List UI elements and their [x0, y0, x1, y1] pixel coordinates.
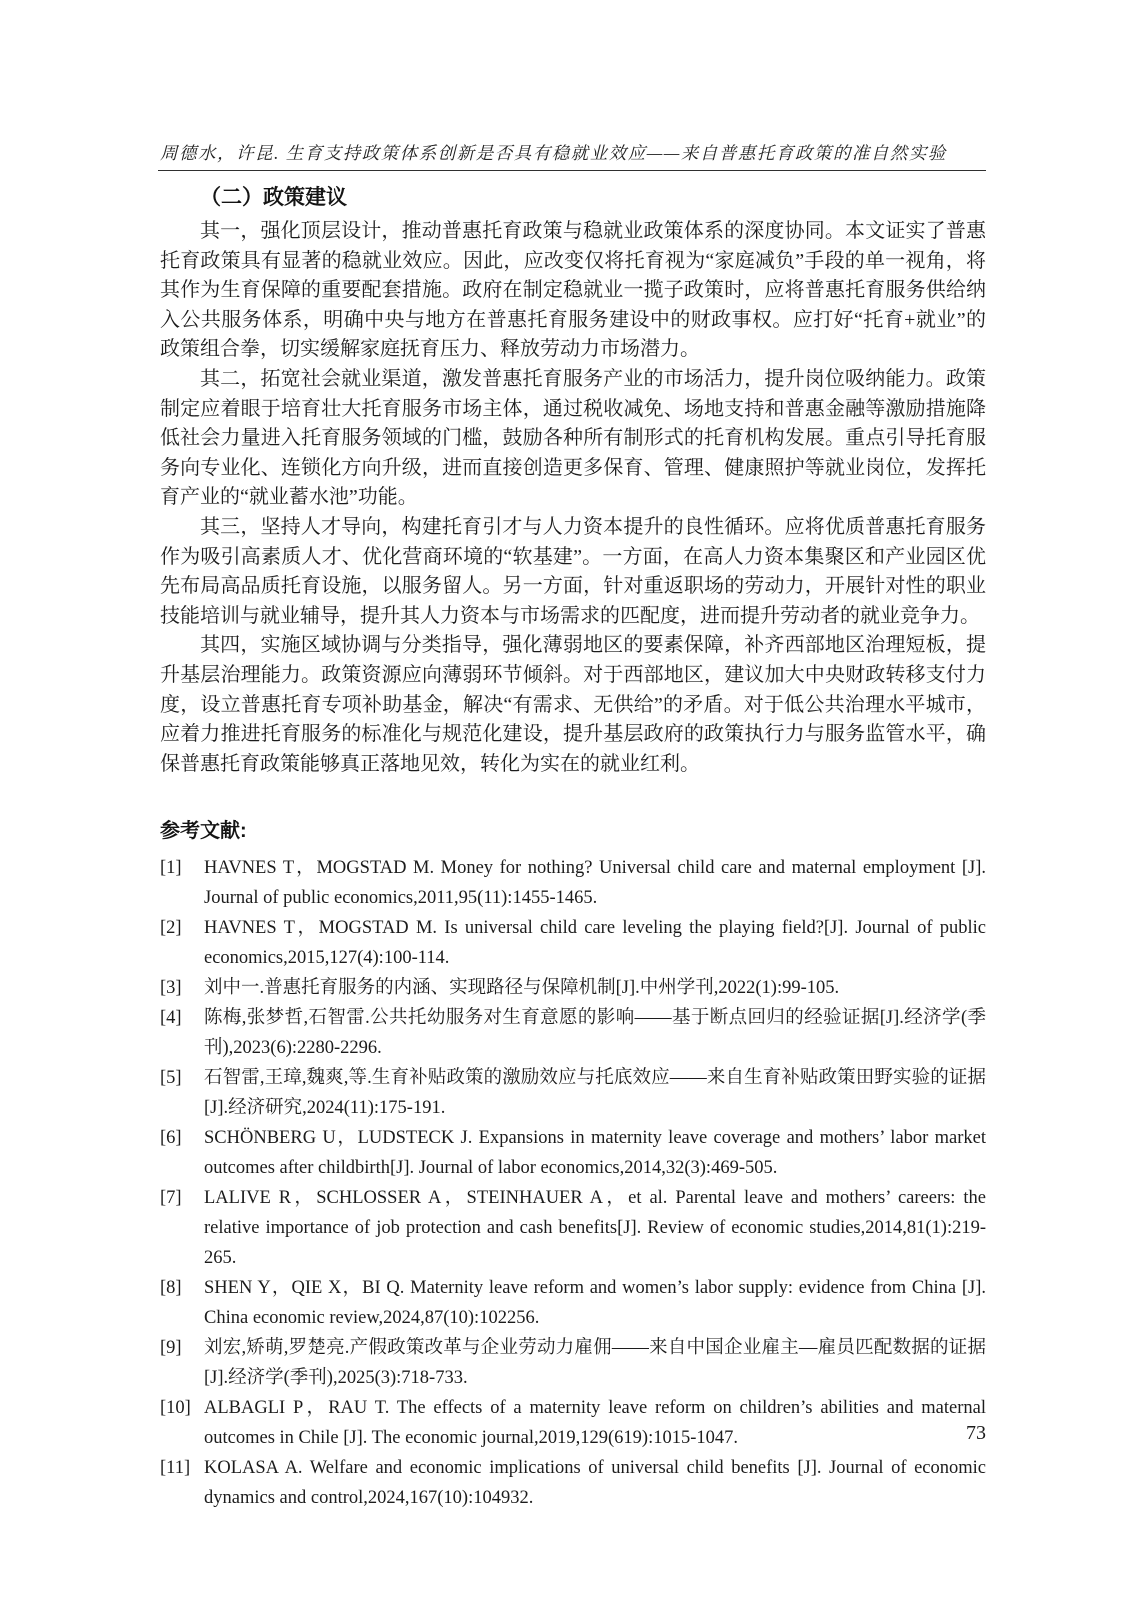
- paragraph: 其二，拓宽社会就业渠道，激发普惠托育服务产业的市场活力，提升岗位吸纳能力。政策制…: [160, 365, 986, 513]
- reference-text: 刘中一.普惠托育服务的内涵、实现路径与保障机制[J].中州学刊,2022(1):…: [204, 973, 986, 1003]
- reference-item: [4] 陈梅,张梦哲,石智雷.公共托幼服务对生育意愿的影响——基于断点回归的经验…: [160, 1003, 986, 1063]
- reference-text: 石智雷,王璋,魏爽,等.生育补贴政策的激励效应与托底效应——来自生育补贴政策田野…: [204, 1063, 986, 1123]
- reference-number: [9]: [160, 1333, 204, 1363]
- reference-text: 刘宏,矫萌,罗楚亮.产假政策改革与企业劳动力雇佣——来自中国企业雇主—雇员匹配数…: [204, 1333, 986, 1393]
- reference-item: [2] HAVNES T，MOGSTAD M. Is universal chi…: [160, 913, 986, 973]
- section-heading: （二）政策建议: [160, 184, 986, 212]
- reference-item: [6] SCHÖNBERG U，LUDSTECK J. Expansions i…: [160, 1123, 986, 1183]
- header-rule: [158, 170, 986, 171]
- reference-text: HAVNES T，MOGSTAD M. Money for nothing? U…: [204, 853, 986, 913]
- reference-number: [4]: [160, 1003, 204, 1033]
- reference-number: [1]: [160, 853, 204, 883]
- reference-item: [5] 石智雷,王璋,魏爽,等.生育补贴政策的激励效应与托底效应——来自生育补贴…: [160, 1063, 986, 1123]
- reference-text: SHEN Y，QIE X，BI Q. Maternity leave refor…: [204, 1273, 986, 1333]
- reference-number: [2]: [160, 913, 204, 943]
- reference-number: [3]: [160, 973, 204, 1003]
- reference-number: [11]: [160, 1453, 204, 1483]
- paper-page: 周德水，许昆. 生育支持政策体系创新是否具有稳就业效应——来自普惠托育政策的准自…: [0, 0, 1140, 1600]
- reference-item: [11] KOLASA A. Welfare and economic impl…: [160, 1453, 986, 1513]
- reference-number: [8]: [160, 1273, 204, 1303]
- reference-item: [3] 刘中一.普惠托育服务的内涵、实现路径与保障机制[J].中州学刊,2022…: [160, 973, 986, 1003]
- reference-number: [7]: [160, 1183, 204, 1213]
- reference-text: HAVNES T，MOGSTAD M. Is universal child c…: [204, 913, 986, 973]
- article-body: （二）政策建议 其一，强化顶层设计，推动普惠托育政策与稳就业政策体系的深度协同。…: [160, 184, 986, 1513]
- paragraph: 其一，强化顶层设计，推动普惠托育政策与稳就业政策体系的深度协同。本文证实了普惠托…: [160, 217, 986, 365]
- reference-item: [8] SHEN Y，QIE X，BI Q. Maternity leave r…: [160, 1273, 986, 1333]
- reference-number: [10]: [160, 1393, 204, 1423]
- reference-text: KOLASA A. Welfare and economic implicati…: [204, 1453, 986, 1513]
- reference-item: [1] HAVNES T，MOGSTAD M. Money for nothin…: [160, 853, 986, 913]
- paragraph: 其三，坚持人才导向，构建托育引才与人力资本提升的良性循环。应将优质普惠托育服务作…: [160, 513, 986, 631]
- reference-number: [5]: [160, 1063, 204, 1093]
- reference-number: [6]: [160, 1123, 204, 1153]
- reference-item: [7] LALIVE R，SCHLOSSER A，STEINHAUER A，et…: [160, 1183, 986, 1273]
- paragraph: 其四，实施区域协调与分类指导，强化薄弱地区的要素保障，补齐西部地区治理短板，提升…: [160, 631, 986, 779]
- reference-text: LALIVE R，SCHLOSSER A，STEINHAUER A，et al.…: [204, 1183, 986, 1273]
- references-list: [1] HAVNES T，MOGSTAD M. Money for nothin…: [160, 853, 986, 1513]
- reference-text: 陈梅,张梦哲,石智雷.公共托幼服务对生育意愿的影响——基于断点回归的经验证据[J…: [204, 1003, 986, 1063]
- reference-item: [9] 刘宏,矫萌,罗楚亮.产假政策改革与企业劳动力雇佣——来自中国企业雇主—雇…: [160, 1333, 986, 1393]
- references-heading: 参考文献:: [160, 814, 986, 843]
- reference-text: SCHÖNBERG U，LUDSTECK J. Expansions in ma…: [204, 1123, 986, 1183]
- running-header: 周德水，许昆. 生育支持政策体系创新是否具有稳就业效应——来自普惠托育政策的准自…: [160, 140, 986, 165]
- page-number: 73: [160, 1422, 986, 1445]
